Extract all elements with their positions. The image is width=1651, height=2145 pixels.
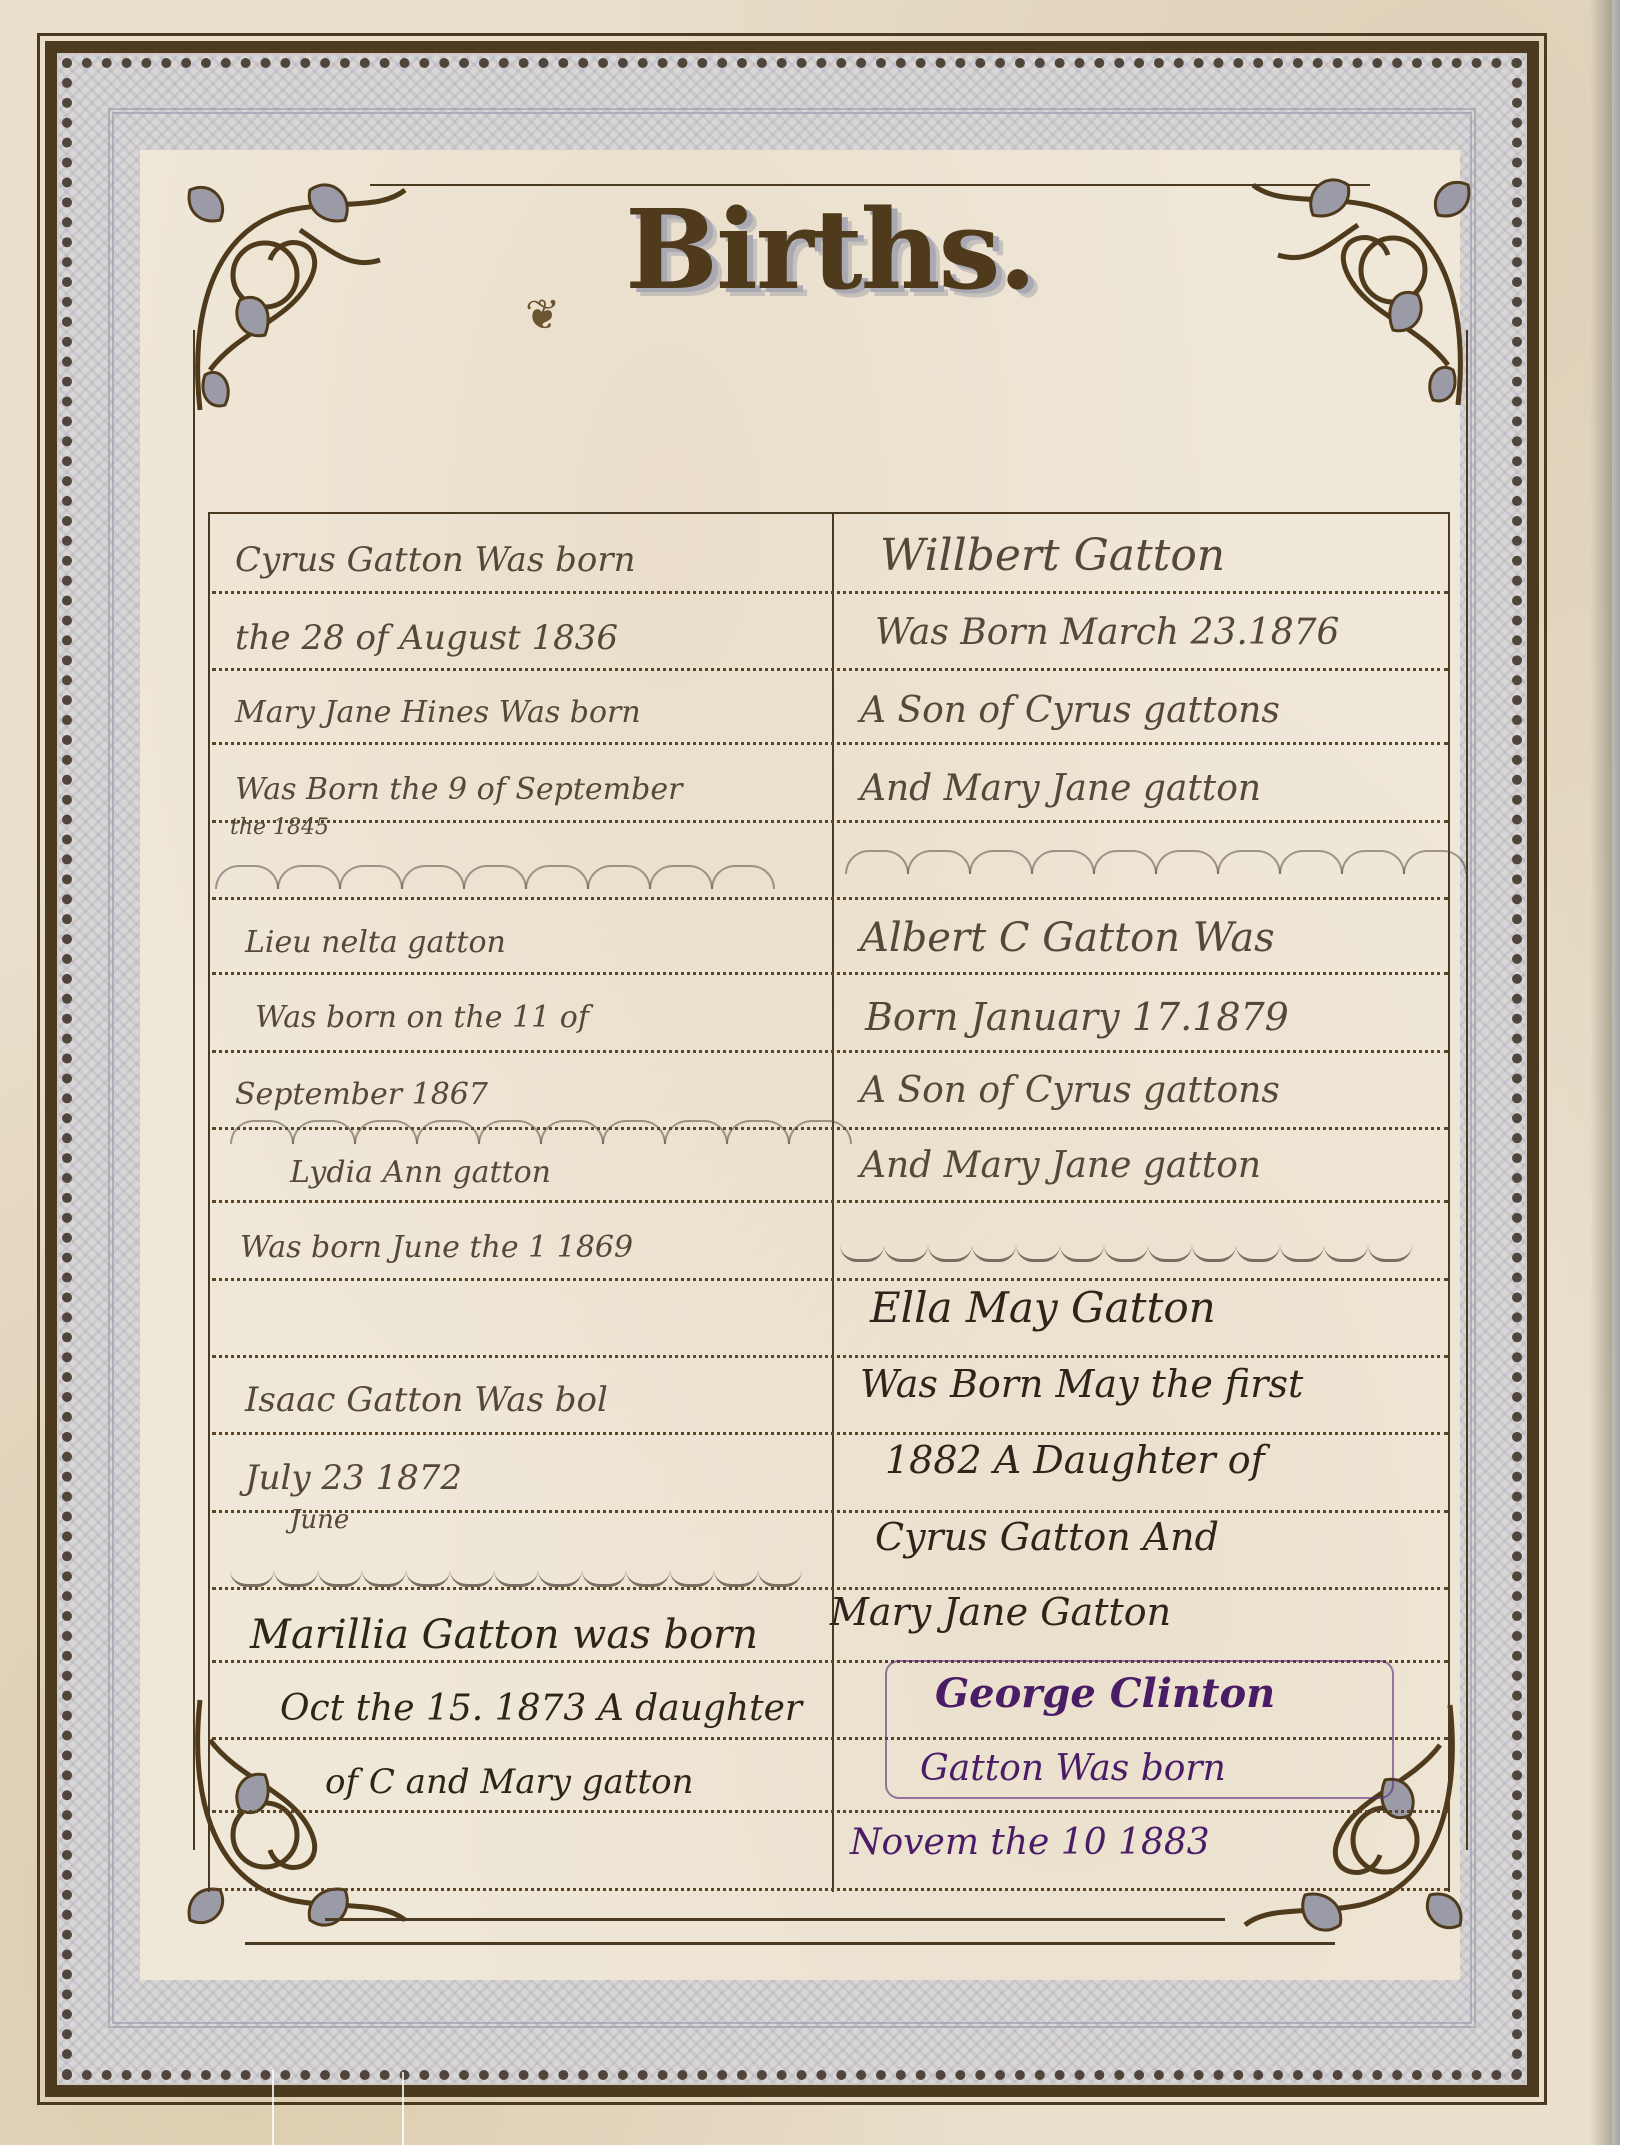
entry-isaac-line-1: Isaac Gatton Was bol xyxy=(245,1380,608,1420)
entry-willbert-line-4: And Mary Jane gatton xyxy=(860,768,1261,809)
ruled-line xyxy=(212,1200,1448,1203)
ruled-line xyxy=(212,668,1448,671)
content-bottom-rule-2 xyxy=(245,1942,1335,1945)
entry-ella-line-5: Mary Jane Gatton xyxy=(830,1590,1171,1634)
entry-isaac-line-3: June xyxy=(290,1505,349,1535)
entry-lydia-line-2: Was born June the 1 1869 xyxy=(240,1230,633,1265)
title-flourish-left-icon: ❦ xyxy=(525,290,560,339)
entry-george-line-2: Gatton Was born xyxy=(920,1748,1226,1789)
entry-isaac-line-2: July 23 1872 xyxy=(245,1458,462,1498)
scallop-separator-right-1 xyxy=(845,850,1465,874)
inner-rule-left xyxy=(193,330,195,1850)
corner-ornament-top-left-icon xyxy=(180,170,410,420)
paper-tear xyxy=(402,2072,404,2145)
entry-george-line-3: Novem the 10 1883 xyxy=(850,1822,1210,1863)
entry-mary-jane-line-1: Mary Jane Hines Was born xyxy=(235,695,641,730)
entry-marillia-line-2: Oct the 15. 1873 A daughter xyxy=(280,1688,802,1729)
entry-willbert-line-3: A Son of Cyrus gattons xyxy=(860,690,1280,731)
entry-lieu-nelta-line-1: Lieu nelta gatton xyxy=(245,925,506,960)
entry-lieu-nelta-line-2: Was born on the 11 of xyxy=(255,1000,589,1035)
wave-separator-left-3 xyxy=(230,1570,802,1587)
page-edge-shadow xyxy=(1590,0,1620,2145)
entry-albert-line-3: A Son of Cyrus gattons xyxy=(860,1070,1280,1111)
table-left-rule xyxy=(208,512,210,1892)
ruled-line xyxy=(212,1510,1448,1513)
ruled-line xyxy=(212,591,1448,594)
ruled-line xyxy=(212,1355,1448,1358)
ruled-line xyxy=(212,897,1448,900)
page-title: Births. xyxy=(580,195,1080,305)
entry-ella-line-3: 1882 A Daughter of xyxy=(885,1438,1265,1482)
wave-separator-right-2 xyxy=(840,1245,1412,1262)
entry-willbert-line-1: Willbert Gatton xyxy=(880,530,1225,581)
content-bottom-rule-1 xyxy=(325,1918,1225,1921)
entry-ella-line-1: Ella May Gatton xyxy=(870,1283,1216,1332)
entry-mary-jane-line-2: Was Born the 9 of September xyxy=(235,772,682,807)
entry-cyrus-line-2: the 28 of August 1836 xyxy=(235,618,618,658)
ruled-line xyxy=(212,820,1448,823)
entry-lieu-nelta-line-3: September 1867 xyxy=(235,1077,488,1112)
ruled-line xyxy=(212,1810,1448,1813)
ruled-line xyxy=(212,1888,1448,1891)
entry-marillia-line-1: Marillia Gatton was born xyxy=(250,1612,758,1658)
entry-george-line-1: George Clinton xyxy=(935,1670,1275,1717)
table-top-rule xyxy=(208,512,1450,514)
scallop-separator-left-2 xyxy=(230,1120,850,1144)
ruled-line xyxy=(212,1050,1448,1053)
entry-ella-line-2: Was Born May the first xyxy=(860,1362,1303,1406)
entry-albert-line-4: And Mary Jane gatton xyxy=(860,1145,1261,1186)
entry-marillia-line-3: of C and Mary gatton xyxy=(325,1762,694,1802)
ruled-line xyxy=(212,1432,1448,1435)
entry-ella-line-4: Cyrus Gatton And xyxy=(875,1515,1219,1559)
entry-cyrus-line-1: Cyrus Gatton Was born xyxy=(235,540,635,580)
entry-albert-line-1: Albert C Gatton Was xyxy=(860,915,1275,961)
ruled-line xyxy=(212,972,1448,975)
entry-albert-line-2: Born January 17.1879 xyxy=(865,995,1289,1039)
scallop-separator-left-1 xyxy=(215,865,773,889)
ruled-line xyxy=(212,742,1448,745)
entry-lydia-line-1: Lydia Ann gatton xyxy=(290,1155,551,1190)
table-right-rule xyxy=(1448,512,1450,1892)
entry-willbert-line-2: Was Born March 23.1876 xyxy=(875,612,1339,653)
paper-tear xyxy=(272,2070,274,2145)
inner-rule-right xyxy=(1466,330,1468,1850)
entry-mary-jane-line-3: the 1845 xyxy=(230,815,329,840)
corner-ornament-top-right-icon xyxy=(1248,165,1478,415)
ruled-line xyxy=(212,1278,1448,1281)
